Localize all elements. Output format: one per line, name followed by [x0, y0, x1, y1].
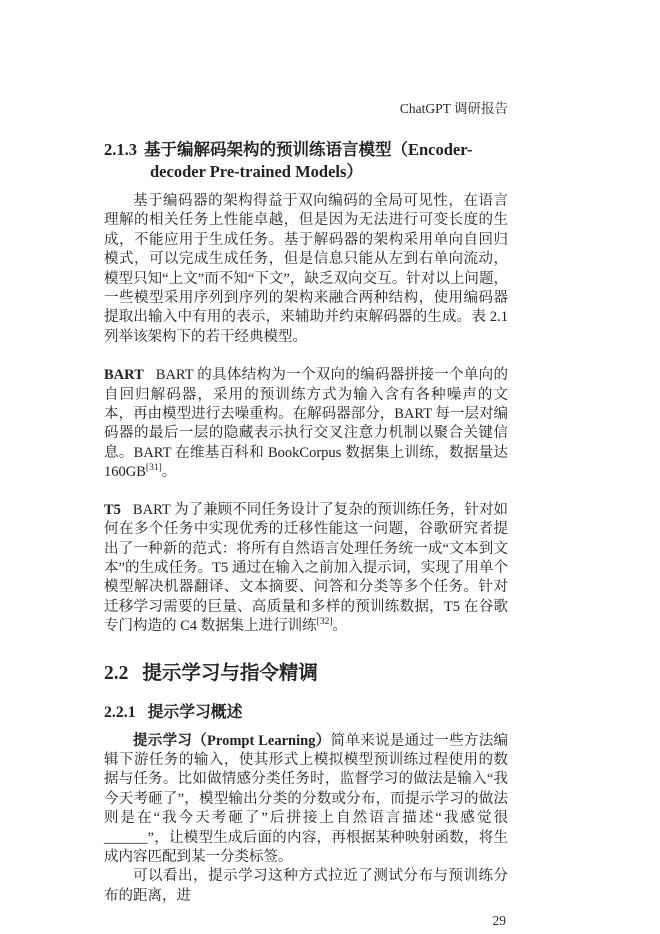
section-heading-2-2: 2.2提示学习与指令精调: [104, 660, 508, 687]
section-number-2-2-1: 2.2.1: [104, 704, 136, 721]
t5-lead-term: T5: [104, 502, 121, 518]
paragraph-bart: BARTBART 的具体结构为一个双向的编码器拼接一个单向的自回归解码器，采用的…: [104, 366, 508, 482]
document-page: ChatGPT 调研报告 2.1.3基于编解码架构的预训练语言模型（Encode…: [0, 0, 660, 934]
section-number-2-2: 2.2: [104, 663, 128, 684]
section-title-2-1-3: 基于编解码架构的预训练语言模型（Encoder-decoder Pre-trai…: [144, 140, 472, 181]
paragraph-prompt-learning: 提示学习（Prompt Learning）简单来说是通过一些方法编辑下游任务的输…: [104, 732, 508, 868]
citation-31: [31]: [146, 463, 162, 473]
section-title-2-2: 提示学习与指令精调: [142, 663, 318, 684]
section-heading-2-1-3: 2.1.3基于编解码架构的预训练语言模型（Encoder-decoder Pre…: [104, 139, 508, 183]
paragraph-closing: 可以看出，提示学习这种方式拉近了测试分布与预训练分布的距离，进: [104, 867, 508, 906]
section-heading-2-2-1: 2.2.1提示学习概述: [104, 702, 508, 723]
t5-text-tail: 。: [333, 618, 348, 634]
bart-lead-term: BART: [104, 367, 144, 383]
running-header: ChatGPT 调研报告: [104, 101, 508, 117]
prompt-learning-lead-term: 提示学习（Prompt Learning）: [133, 733, 331, 749]
paragraph-t5: T5BART 为了兼顾不同任务设计了复杂的预训练任务，针对如何在多个任务中实现优…: [104, 501, 508, 637]
t5-text: BART 为了兼顾不同任务设计了复杂的预训练任务，针对如何在多个任务中实现优秀的…: [104, 502, 508, 634]
prompt-learning-text: 简单来说是通过一些方法编辑下游任务的输入，使其形式上模拟模型预训练过程使用的数据…: [104, 733, 508, 865]
page-number: 29: [104, 913, 508, 929]
section-number-2-1-3: 2.1.3: [104, 140, 137, 159]
text-column: ChatGPT 调研报告 2.1.3基于编解码架构的预训练语言模型（Encode…: [104, 0, 508, 929]
paragraph-encoder-decoder-intro: 基于编码器的架构得益于双向编码的全局可见性，在语言理解的相关任务上性能卓越，但是…: [104, 192, 508, 347]
citation-32: [32]: [317, 617, 333, 627]
section-title-2-2-1: 提示学习概述: [148, 704, 243, 721]
bart-text-tail: 。: [162, 464, 177, 480]
